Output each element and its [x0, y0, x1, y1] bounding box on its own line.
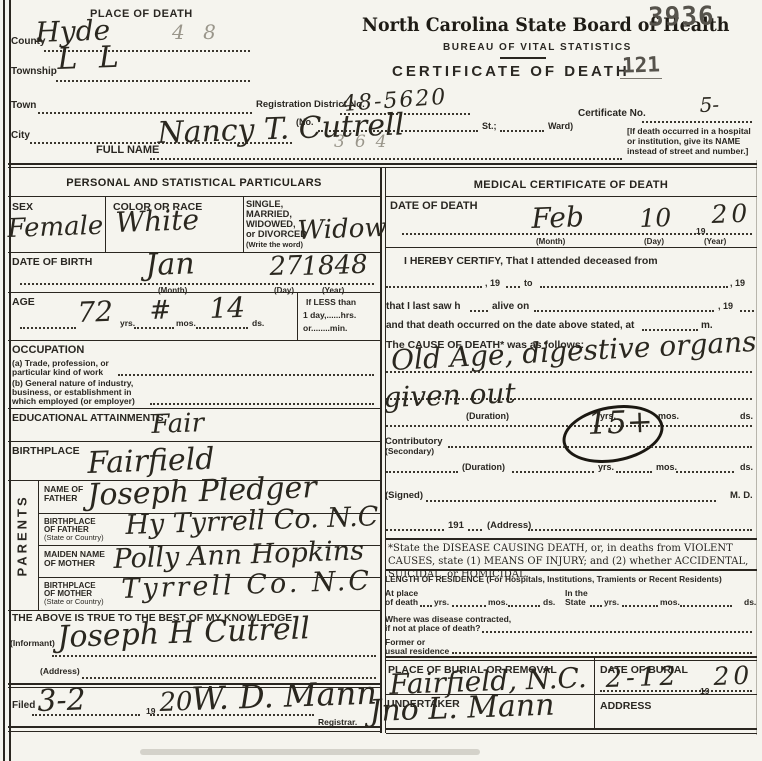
certificate-no-value: 5-	[699, 92, 719, 117]
birthplace-label: BIRTHPLACE	[12, 445, 80, 457]
at-place-dots-c	[508, 605, 540, 607]
city-label: City	[11, 130, 30, 141]
certify-year19-b: , 19	[730, 278, 745, 288]
certify-from-line	[386, 286, 482, 288]
marital-note: (Write the word)	[246, 240, 303, 249]
duration2-dots-b	[512, 471, 594, 473]
age-yrs-caption: yrs.	[120, 318, 135, 328]
marital-label-2: MARRIED,	[246, 209, 292, 219]
undertaker-signature: Jno L. Mann	[369, 688, 555, 729]
in-state-ds: ds.	[744, 597, 756, 607]
township-line	[56, 80, 250, 82]
rule	[8, 340, 380, 341]
duration2-ds: ds.	[740, 462, 753, 472]
certificate-no-line	[642, 121, 752, 123]
cause-value-line2: given out	[383, 376, 516, 414]
header-separator-thick	[8, 163, 757, 165]
at-place-dots-b	[452, 605, 486, 607]
dod-year-prefix: 19	[696, 226, 705, 236]
bureau-dash	[500, 57, 546, 59]
address-dots-medical	[528, 529, 752, 531]
left-border-outer	[3, 0, 5, 761]
burial-date-dots	[600, 690, 752, 692]
dod-month-value: Feb	[531, 200, 585, 235]
age-ds-caption: ds.	[252, 318, 264, 328]
occupation-b-line	[150, 403, 374, 405]
rule	[386, 196, 757, 197]
filed-signature-line	[150, 714, 314, 716]
occupation-b-line3: which employed (or employer)	[12, 396, 135, 406]
in-state-dots-c	[680, 605, 732, 607]
full-name-line	[150, 158, 622, 160]
signed-line	[426, 500, 716, 502]
age-mos-caption: mos.	[176, 318, 196, 328]
last-saw-prefix: that I last saw h	[386, 301, 460, 312]
duration2-dots-a	[386, 471, 458, 473]
duration-label-2: (Duration)	[462, 462, 505, 472]
color-race-value: White	[115, 203, 200, 239]
certify-year19-a: , 19	[485, 278, 500, 288]
father-name-label-2: FATHER	[44, 493, 77, 503]
scan-smudge	[140, 749, 480, 755]
education-value: Fair	[151, 408, 205, 440]
rule	[386, 728, 757, 730]
age-months-mark: #	[149, 295, 172, 326]
ward-label: Ward)	[548, 121, 573, 131]
education-label: EDUCATIONAL ATTAINMENTS	[12, 412, 164, 424]
certificate-no-label: Certificate No.	[578, 108, 646, 119]
filed-label: Filed	[12, 700, 35, 711]
rule	[8, 610, 380, 611]
last-saw-year-dots	[740, 310, 754, 312]
cause-value-line1: Old Age, digestive organs	[390, 325, 757, 377]
color-marital-divider	[243, 196, 244, 252]
dod-year-caption: (Year)	[704, 237, 726, 246]
rule	[386, 538, 757, 540]
rule	[8, 196, 380, 197]
sex-value: Female	[7, 211, 104, 244]
street-label: St.;	[482, 121, 497, 131]
death-certificate-document: PLACE OF DEATH County Hyde 4 8 Township …	[0, 0, 762, 761]
informant-label: (Informant)	[10, 638, 55, 648]
at-place-ds: ds.	[543, 597, 555, 607]
duration2-dots-c	[616, 471, 652, 473]
certify-to-line	[540, 286, 728, 288]
doc-title: CERTIFICATE OF DEATH	[392, 63, 630, 80]
duration2-dots-d	[676, 471, 734, 473]
death-occurred-line: and that death occurred on the date abov…	[386, 320, 634, 331]
dob-month-caption: (Month)	[158, 286, 187, 295]
at-place-line2: of death	[385, 597, 418, 607]
burial-divider	[594, 656, 595, 730]
dod-day-value: 10	[639, 203, 672, 233]
serial-stamp: 3936	[648, 1, 715, 32]
duration2-yrs: yrs.	[598, 462, 614, 472]
father-birthplace-label-3: (State or Country)	[44, 533, 104, 542]
center-divider-thick	[380, 167, 382, 733]
contributory-line	[448, 446, 752, 448]
rule	[386, 247, 757, 248]
informant-value: Joseph H Cutrell	[57, 611, 311, 655]
date191-dots-b	[468, 529, 482, 531]
in-state-mos: mos.	[660, 597, 680, 607]
in-state-dots-a	[590, 605, 602, 607]
informant-line	[52, 655, 376, 657]
alive-on-label: alive on	[492, 301, 529, 312]
dob-day-value: 27	[269, 251, 303, 282]
date-of-death-label: DATE OF DEATH	[390, 200, 478, 212]
at-place-dots-a	[420, 605, 432, 607]
rule	[8, 726, 380, 728]
in-state-dots-b	[622, 605, 658, 607]
mother-name-label-2: OF MOTHER	[44, 558, 95, 568]
informant-address-label: (Address)	[40, 666, 80, 676]
page-stamp: 121	[622, 52, 661, 77]
in-state-yrs: yrs.	[604, 597, 619, 607]
dob-label: DATE OF BIRTH	[12, 256, 92, 268]
filed-date-line	[32, 714, 140, 716]
age-less-note-1: If LESS than	[306, 297, 356, 307]
at-place-yrs: yrs.	[434, 597, 449, 607]
duration2-mos: mos.	[656, 462, 677, 472]
duration-circled-value: 15+	[587, 404, 654, 442]
town-label: Town	[11, 100, 36, 111]
duration1-ds: ds.	[740, 411, 753, 421]
rule	[386, 656, 757, 658]
age-line-1	[20, 327, 76, 329]
certify-to-label: to	[524, 278, 533, 288]
age-less-note-2: 1 day,......hrs.	[303, 310, 356, 320]
full-name-label: FULL NAME	[96, 144, 159, 156]
age-line-2	[134, 327, 174, 329]
former-dots	[452, 652, 752, 654]
dod-month-caption: (Month)	[536, 237, 565, 246]
age-years-value: 72	[77, 295, 114, 329]
dod-day-caption: (Day)	[644, 237, 664, 246]
sex-color-divider	[105, 196, 106, 252]
dob-line	[20, 283, 374, 285]
undertaker-address-label: ADDRESS	[600, 700, 651, 712]
org-name: North Carolina State Board of Health	[362, 14, 631, 36]
page-stamp-underline	[620, 78, 662, 79]
hospital-note: [If death occurred in a hospital or inst…	[627, 126, 756, 156]
in-state-line2: State	[565, 597, 586, 607]
occupation-label: OCCUPATION	[12, 344, 84, 356]
former-line2: usual residence	[385, 646, 449, 656]
burial-year-value: 20	[713, 661, 754, 691]
street-line	[500, 130, 544, 132]
mother-birthplace-label-3: (State or Country)	[44, 597, 104, 606]
date191-label: 191	[448, 520, 464, 531]
registrar-signature: W. D. Mann	[191, 674, 378, 718]
address-label-medical: (Address)	[487, 520, 531, 531]
age-days-value: 14	[209, 291, 246, 325]
duration-label-1: (Duration)	[466, 411, 509, 421]
rule	[8, 292, 380, 293]
residence-title: LENGTH OF RESIDENCE (For Hospitals, Inst…	[385, 574, 722, 584]
marital-value: Widow	[297, 213, 387, 246]
township-value: L L	[57, 40, 126, 77]
occupation-a-line2: particular kind of work	[12, 367, 103, 377]
dob-day-caption: (Day)	[274, 286, 294, 295]
dod-year-value: 20	[711, 199, 752, 229]
header-separator-thin	[8, 167, 757, 168]
rule	[386, 569, 757, 571]
last-saw-year19: , 19	[718, 301, 733, 311]
alive-on-line	[534, 310, 714, 312]
secondary-label: (Secondary)	[385, 446, 434, 456]
certify-line: I HEREBY CERTIFY, That I attended deceas…	[404, 255, 658, 267]
marital-label-3: WIDOWED,	[246, 219, 296, 229]
date191-dots-a	[386, 529, 444, 531]
age-less-note-3: or........min.	[303, 323, 347, 333]
sex-label: SEX	[12, 201, 33, 213]
certify-dots-a	[506, 286, 520, 288]
age-label: AGE	[12, 296, 35, 308]
at-place-mos: mos.	[488, 597, 508, 607]
contracted-line2: if not at place of death?	[385, 623, 480, 633]
contracted-dots	[482, 631, 752, 633]
rule	[8, 731, 380, 732]
township-label: Township	[11, 66, 57, 77]
parents-side-label: PARENTS	[15, 515, 30, 577]
rule	[386, 733, 757, 734]
marital-label-1: SINGLE,	[246, 199, 283, 209]
signed-label: (Signed)	[385, 490, 423, 501]
md-label: M. D.	[730, 490, 753, 501]
county-pencil-note: 4 8	[172, 20, 222, 44]
dob-year-caption: (Year)	[322, 286, 344, 295]
dob-year-value: 1848	[301, 250, 368, 282]
bureau-subtitle: BUREAU OF VITAL STATISTICS	[443, 42, 632, 53]
last-saw-dots	[470, 310, 488, 312]
personal-section-title: PERSONAL AND STATISTICAL PARTICULARS	[8, 177, 380, 189]
occupation-a-line	[118, 374, 374, 376]
age-line-3	[196, 327, 248, 329]
age-subbox-divider	[297, 292, 298, 340]
dob-month-value: Jan	[145, 246, 195, 283]
medical-section-title: MEDICAL CERTIFICATE OF DEATH	[386, 179, 756, 191]
